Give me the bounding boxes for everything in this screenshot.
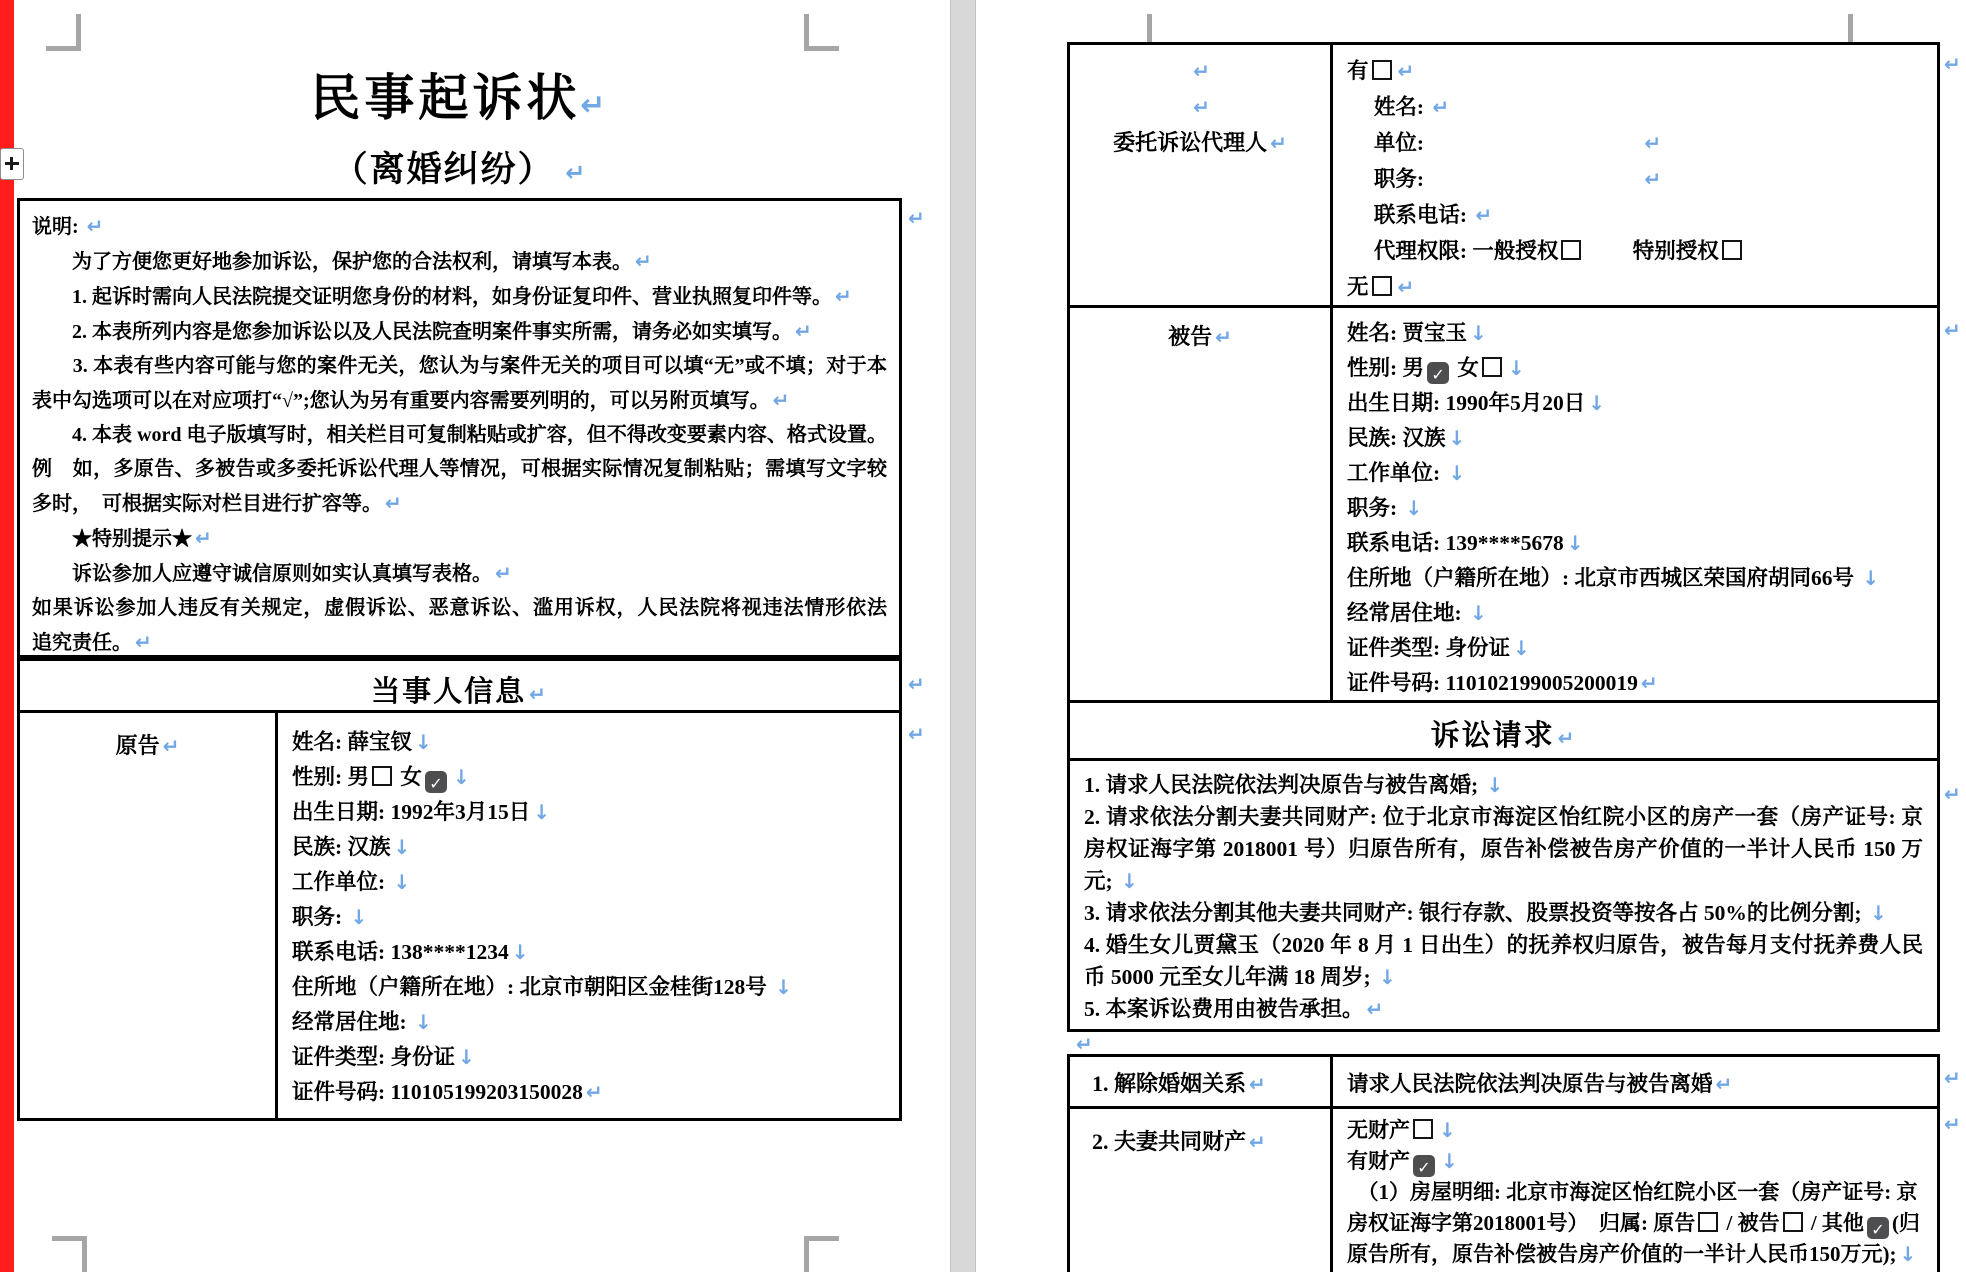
party-info-header-text: 当事人信息 xyxy=(371,676,526,708)
text-line: 出生日期: 1990年5月20日↓ xyxy=(1347,386,1927,421)
line-break-mark-icon: ↓ xyxy=(1449,426,1466,450)
text-line: 姓名: 薛宝钗↓ xyxy=(292,725,889,760)
line-break-mark-icon: ↓ xyxy=(1862,566,1879,590)
paragraph-mark-icon: ↵ xyxy=(529,682,548,706)
check-icon: ✓ xyxy=(429,774,442,793)
paragraph-mark-icon: ↵ xyxy=(565,159,587,187)
text-line: 如果诉讼参加人违反有关规定，虚假诉讼、恶意诉讼、滥用诉权，人民法院将视违法情形依… xyxy=(32,591,887,658)
text-line: 证件号码: 110105199203150028↵ xyxy=(292,1075,889,1110)
text-line: 有↵ xyxy=(1347,53,1927,89)
paragraph-mark-icon: ↵ xyxy=(835,284,852,308)
paragraph-mark-icon: ↵ xyxy=(135,630,152,654)
text-line: 有财产✓↓ xyxy=(1347,1146,1927,1177)
text-line: 工作单位: ↓ xyxy=(1347,456,1927,491)
text-line: （1）房屋明细: 北京市海淀区怡红院小区一套（房产证号: 京房权证海字第2018… xyxy=(1347,1177,1927,1270)
page2-main-table: ↵↵委托诉讼代理人↵ 有↵ 姓名: ↵ 单位: ↵ 职务: ↵ 联系电话: ↵ … xyxy=(1067,42,1940,1032)
text-line: 民族: 汉族↓ xyxy=(292,830,889,865)
text-line: 诉讼参加人应遵守诚信原则如实认真填写表格。↵ xyxy=(32,556,887,591)
paragraph-mark-icon: ↵ xyxy=(385,491,402,515)
paragraph-mark-icon: ↵ xyxy=(87,214,104,238)
paragraph-mark-icon: ↵ xyxy=(1432,95,1449,119)
text-line: 住所地（户籍所在地）: 北京市西城区荣国府胡同66号 ↓ xyxy=(1347,561,1927,596)
table-move-handle-icon[interactable] xyxy=(0,148,24,180)
text-line: 代理权限: 一般授权 特别授权 xyxy=(1347,233,1927,269)
paragraph-mark-icon: ↵ xyxy=(1270,131,1287,155)
line-break-mark-icon: ↓ xyxy=(1513,636,1530,660)
text-line: 工作单位: ↓ xyxy=(292,865,889,900)
checkbox-unchecked[interactable] xyxy=(1698,1212,1718,1232)
text-line: 姓名: ↵ xyxy=(1347,89,1927,125)
crop-mark-icon xyxy=(52,1236,87,1272)
text-line: 5. 本案诉讼费用由被告承担。↵ xyxy=(1084,993,1923,1025)
paragraph-mark-icon: ↵ xyxy=(1644,167,1661,191)
line-break-mark-icon: ↓ xyxy=(351,905,368,929)
paragraph-mark-icon: ↵ xyxy=(1644,131,1661,155)
line-break-mark-icon: ↓ xyxy=(1406,496,1423,520)
marriage-row-label-cell: 1. 解除婚姻关系↵ xyxy=(1070,1057,1333,1106)
document-subtitle: （离婚纠纷） ↵ xyxy=(80,142,840,192)
text-line: 2. 夫妻共同财产↵ xyxy=(1092,1125,1330,1156)
paragraph-mark-icon: ↵ xyxy=(1558,726,1577,750)
defendant-label-cell: 被告↵ xyxy=(1070,308,1333,700)
paragraph-mark-icon: ↵ xyxy=(1716,1072,1733,1096)
check-icon: ✓ xyxy=(1417,1158,1430,1177)
plus-icon xyxy=(10,157,13,170)
text-line: 性别: 男✓ 女↓ xyxy=(1347,351,1927,386)
line-break-mark-icon: ↓ xyxy=(453,765,470,789)
paragraph-mark-icon: ↵ xyxy=(795,319,812,343)
line-break-mark-icon: ↓ xyxy=(1449,461,1466,485)
notes-box: 说明: ↵ 为了方便您更好地参加诉讼，保护您的合法权利，请填写本表。↵ 1. 起… xyxy=(17,198,902,658)
checkbox-unchecked[interactable] xyxy=(1482,357,1502,377)
text-line: 联系电话: ↵ xyxy=(1347,197,1927,233)
text-line: 2. 请求依法分割夫妻共同财产: 位于北京市海淀区怡红院小区的房产一套（房产证号… xyxy=(1084,801,1923,897)
line-break-mark-icon: ↓ xyxy=(1487,773,1504,797)
page2-bottom-table: 1. 解除婚姻关系↵ 请求人民法院依法判决原告与被告离婚↵ 2. 夫妻共同财产↵… xyxy=(1067,1054,1940,1272)
paragraph-mark-icon: ↵ xyxy=(773,388,790,412)
checkbox-checked[interactable]: ✓ xyxy=(425,771,447,793)
paragraph-mark-icon: ↵ xyxy=(908,672,925,696)
subtitle-text: （离婚纠纷） xyxy=(333,150,555,189)
checkbox-unchecked[interactable] xyxy=(372,766,392,786)
line-break-mark-icon: ↓ xyxy=(394,870,411,894)
paragraph-mark-icon: ↵ xyxy=(1944,1112,1961,1136)
paragraph-mark-icon: ↵ xyxy=(1944,782,1961,806)
text-line: 3. 请求依法分割其他夫妻共同财产: 银行存款、股票投资等按各占 50%的比例分… xyxy=(1084,897,1923,929)
line-break-mark-icon: ↓ xyxy=(415,730,432,754)
text-line: 证件类型: 身份证↓ xyxy=(1347,631,1927,666)
paragraph-mark-icon: ↵ xyxy=(1215,325,1232,349)
text-line: 职务: ↵ xyxy=(1347,161,1927,197)
checkbox-unchecked[interactable] xyxy=(1372,276,1392,296)
line-break-mark-icon: ↓ xyxy=(533,800,550,824)
document-title: 民事起诉状↵ xyxy=(80,58,840,130)
text-line: 职务: ↓ xyxy=(292,900,889,935)
line-break-mark-icon: ↓ xyxy=(415,1010,432,1034)
checkbox-unchecked[interactable] xyxy=(1561,240,1581,260)
text-line: 原告↵ xyxy=(20,729,275,760)
claims-cell: 1. 请求人民法院依法判决原告与被告离婚; ↓2. 请求依法分割夫妻共同财产: … xyxy=(1070,758,1937,1029)
paragraph-mark-icon: ↵ xyxy=(1398,275,1415,299)
left-edge-red-strip xyxy=(0,0,14,1272)
text-line: 姓名: 贾宝玉↓ xyxy=(1347,316,1927,351)
text-line: 证件号码: 110102199005200019↵ xyxy=(1347,666,1927,701)
paragraph-mark-icon: ↵ xyxy=(908,206,925,230)
text-line: 住所地（户籍所在地）: 北京市朝阳区金桂街128号 ↓ xyxy=(292,970,889,1005)
checkbox-unchecked[interactable] xyxy=(1413,1119,1433,1139)
text-line: 单位: ↵ xyxy=(1347,125,1927,161)
line-break-mark-icon: ↓ xyxy=(1441,1149,1458,1173)
paragraph-mark-icon: ↵ xyxy=(495,561,512,585)
paragraph-mark-icon: ↵ xyxy=(1249,1130,1266,1154)
text-line: 1. 起诉时需向人民法院提交证明您身份的材料，如身份证复印件、营业执照复印件等。… xyxy=(32,279,887,314)
word-processor-canvas: 民事起诉状↵ （离婚纠纷） ↵ 说明: ↵ 为了方便您更好地参加诉讼，保护您的合… xyxy=(0,0,1966,1272)
line-break-mark-icon: ↓ xyxy=(1588,391,1605,415)
paragraph-mark-icon: ↵ xyxy=(1475,203,1492,227)
checkbox-unchecked[interactable] xyxy=(1783,1212,1803,1232)
page-gap-strip xyxy=(950,0,976,1272)
agent-label-cell: ↵↵委托诉讼代理人↵ xyxy=(1070,45,1333,305)
crop-mark-icon xyxy=(804,14,839,51)
paragraph-mark-icon: ↵ xyxy=(1367,997,1384,1021)
line-break-mark-icon: ↓ xyxy=(1899,1242,1916,1266)
property-row-content-cell: 无财产↓有财产✓↓ （1）房屋明细: 北京市海淀区怡红院小区一套（房产证号: 京… xyxy=(1333,1109,1937,1272)
text-line: ★特别提示★↵ xyxy=(32,521,887,556)
paragraph-mark-icon: ↵ xyxy=(195,526,212,550)
text-line: 性别: 男 女✓↓ xyxy=(292,760,889,795)
line-break-mark-icon: ↓ xyxy=(1508,356,1525,380)
checkbox-checked[interactable]: ✓ xyxy=(1427,362,1449,384)
checkbox-unchecked[interactable] xyxy=(1372,60,1392,80)
text-line: 证件类型: 身份证↓ xyxy=(292,1040,889,1075)
paragraph-mark-icon: ↵ xyxy=(908,722,925,746)
claims-header: 诉讼请求↵ xyxy=(1070,700,1937,758)
text-line: 出生日期: 1992年3月15日↓ xyxy=(292,795,889,830)
text-line: 经常居住地: ↓ xyxy=(292,1005,889,1040)
checkbox-checked[interactable]: ✓ xyxy=(1867,1217,1889,1239)
text-line: 无财产↓ xyxy=(1347,1115,1927,1146)
line-break-mark-icon: ↓ xyxy=(1439,1118,1456,1142)
plaintiff-label-cell: 原告↵ xyxy=(20,713,278,1118)
text-line: 无↵ xyxy=(1347,269,1927,305)
claims-header-text: 诉讼请求 xyxy=(1431,720,1555,752)
agent-fields-cell: 有↵ 姓名: ↵ 单位: ↵ 职务: ↵ 联系电话: ↵ 代理权限: 一般授权 … xyxy=(1333,45,1937,305)
paragraph-mark-icon: ↵ xyxy=(1944,318,1961,342)
text-line: 3. 本表有些内容可能与您的案件无关，您认为与案件无关的项目可以填“无”或不填；… xyxy=(32,349,887,418)
line-break-mark-icon: ↓ xyxy=(1121,869,1138,893)
text-line: 被告↵ xyxy=(1070,320,1330,351)
crop-mark-icon xyxy=(804,1236,839,1272)
line-break-mark-icon: ↓ xyxy=(394,835,411,859)
text-line: 4. 婚生女儿贾黛玉（2020 年 8 月 1 日出生）的抚养权归原告，被告每月… xyxy=(1084,929,1923,993)
text-line: 委托诉讼代理人↵ xyxy=(1070,125,1330,161)
paragraph-mark-icon: ↵ xyxy=(580,88,609,123)
paragraph-mark-icon: ↵ xyxy=(1193,59,1210,83)
paragraph-mark-icon: ↵ xyxy=(163,734,180,758)
text-line: 1. 请求人民法院依法判决原告与被告离婚; ↓ xyxy=(1084,769,1923,801)
paragraph-mark-icon: ↵ xyxy=(586,1080,603,1104)
text-line: 联系电话: 139****5678↓ xyxy=(1347,526,1927,561)
text-line: 1. 解除婚姻关系↵ xyxy=(1092,1067,1330,1098)
property-row-label-cell: 2. 夫妻共同财产↵ xyxy=(1070,1109,1333,1272)
check-icon: ✓ xyxy=(1431,365,1444,384)
paragraph-mark-icon: ↵ xyxy=(1076,1032,1093,1056)
line-break-mark-icon: ↓ xyxy=(1870,901,1887,925)
check-icon: ✓ xyxy=(1871,1220,1884,1239)
text-line: ↵ xyxy=(1070,53,1330,89)
paragraph-mark-icon: ↵ xyxy=(1944,52,1961,76)
text-line: 联系电话: 138****1234↓ xyxy=(292,935,889,970)
party-info-table: 当事人信息↵ 原告↵ 姓名: 薛宝钗↓性别: 男 女✓↓出生日期: 1992年3… xyxy=(17,658,902,1121)
checkbox-checked[interactable]: ✓ xyxy=(1413,1155,1435,1177)
text-line: 说明: ↵ xyxy=(32,209,887,244)
line-break-mark-icon: ↓ xyxy=(1470,321,1487,345)
line-break-mark-icon: ↓ xyxy=(1567,531,1584,555)
paragraph-mark-icon: ↵ xyxy=(1249,1072,1266,1096)
line-break-mark-icon: ↓ xyxy=(1379,965,1396,989)
checkbox-unchecked[interactable] xyxy=(1722,240,1742,260)
paragraph-mark-icon: ↵ xyxy=(1641,671,1658,695)
line-break-mark-icon: ↓ xyxy=(775,975,792,999)
text-line: 经常居住地: ↓ xyxy=(1347,596,1927,631)
text-line: 职务: ↓ xyxy=(1347,491,1927,526)
plaintiff-fields-cell: 姓名: 薛宝钗↓性别: 男 女✓↓出生日期: 1992年3月15日↓民族: 汉族… xyxy=(278,713,899,1118)
party-info-header: 当事人信息↵ xyxy=(20,661,899,713)
paragraph-mark-icon: ↵ xyxy=(1398,59,1415,83)
paragraph-mark-icon: ↵ xyxy=(1193,95,1210,119)
text-line: 请求人民法院依法判决原告与被告离婚↵ xyxy=(1347,1067,1927,1098)
text-line: 4. 本表 word 电子版填写时，相关栏目可复制粘贴或扩容，但不得改变要素内容… xyxy=(32,418,887,521)
text-line: ↵ xyxy=(1070,89,1330,125)
defendant-fields-cell: 姓名: 贾宝玉↓性别: 男✓ 女↓出生日期: 1990年5月20日↓民族: 汉族… xyxy=(1333,308,1937,700)
text-line: 2. 本表所列内容是您参加诉讼以及人民法院查明案件事实所需，请务必如实填写。↵ xyxy=(32,314,887,349)
text-line: 民族: 汉族↓ xyxy=(1347,421,1927,456)
line-break-mark-icon: ↓ xyxy=(458,1045,475,1069)
text-line: ↵ xyxy=(1084,1025,1923,1029)
text-line: 为了方便您更好地参加诉讼，保护您的合法权利，请填写本表。↵ xyxy=(32,244,887,279)
paragraph-mark-icon: ↵ xyxy=(1944,1066,1961,1090)
paragraph-mark-icon: ↵ xyxy=(635,249,652,273)
line-break-mark-icon: ↓ xyxy=(512,940,529,964)
marriage-row-content-cell: 请求人民法院依法判决原告与被告离婚↵ xyxy=(1333,1057,1937,1106)
line-break-mark-icon: ↓ xyxy=(1470,601,1487,625)
crop-mark-icon xyxy=(46,14,81,51)
title-text: 民事起诉状 xyxy=(310,70,580,126)
